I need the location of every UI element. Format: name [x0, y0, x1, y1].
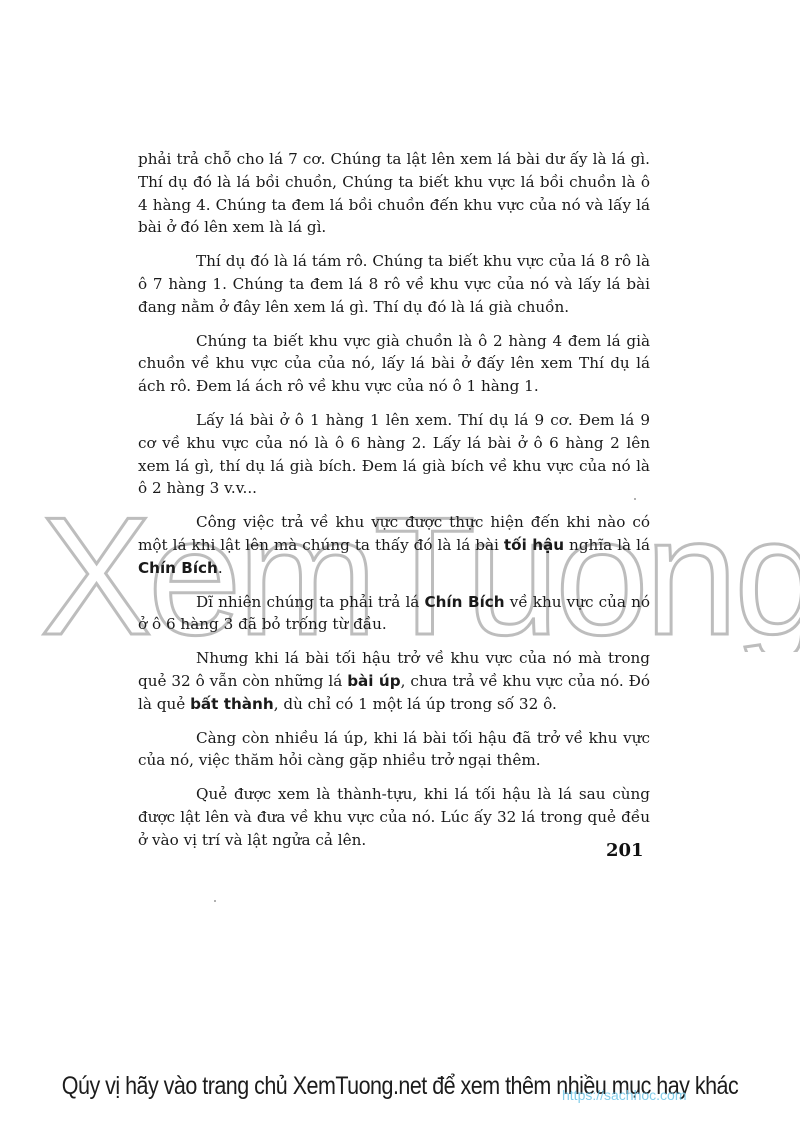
emphasis-term: tối hậu [504, 536, 564, 554]
paragraph-text: , dù chỉ có 1 một lá úp trong số 32 ô. [274, 695, 557, 713]
paragraph-text: nghĩa là lá [564, 536, 650, 554]
scanned-book-page: XemTuong.net phải trả chỗ cho lá 7 cơ. C… [0, 0, 800, 1132]
scan-speck [214, 900, 216, 902]
emphasis-term: bất thành [190, 695, 274, 713]
page-number: 201 [606, 840, 644, 861]
paragraph-text: Dĩ nhiên chúng ta phải trả lá [196, 593, 424, 611]
body-text: phải trả chỗ cho lá 7 cơ. Chúng ta lật l… [138, 148, 650, 863]
emphasis-term: bài úp [347, 672, 400, 690]
emphasis-term: Chín Bích [138, 559, 218, 577]
paragraph-2: Thí dụ đó là lá tám rô. Chúng ta biết kh… [138, 250, 650, 318]
paragraph-5: Công việc trả về khu vực được thực hiện … [138, 511, 650, 579]
overlay-url-watermark: https://sachhoc.com [562, 1087, 687, 1103]
paragraph-8: Càng còn nhiều lá úp, khi lá bài tối hậu… [138, 727, 650, 773]
paragraph-6: Dĩ nhiên chúng ta phải trả lá Chín Bích … [138, 591, 650, 637]
scan-speck [382, 344, 384, 346]
paragraph-text: . [218, 559, 223, 577]
paragraph-4: Lấy lá bài ở ô 1 hàng 1 lên xem. Thí dụ … [138, 409, 650, 500]
paragraph-text: Càng còn nhiều lá úp, khi lá bài tối hậu… [138, 729, 650, 770]
paragraph-7: Nhưng khi lá bài tối hậu trở về khu vực … [138, 647, 650, 715]
paragraph-text: Thí dụ đó là lá tám rô. Chúng ta biết kh… [138, 252, 650, 316]
emphasis-term: Chín Bích [424, 593, 504, 611]
paragraph-3: Chúng ta biết khu vực già chuồn là ô 2 h… [138, 330, 650, 398]
paragraph-1: phải trả chỗ cho lá 7 cơ. Chúng ta lật l… [138, 148, 650, 239]
paragraph-text: Quẻ được xem là thành-tựu, khi lá tối hậ… [138, 785, 650, 849]
scan-speck [634, 498, 636, 500]
paragraph-text: phải trả chỗ cho lá 7 cơ. Chúng ta lật l… [138, 150, 650, 236]
paragraph-text: Lấy lá bài ở ô 1 hàng 1 lên xem. Thí dụ … [138, 411, 650, 497]
paragraph-9: Quẻ được xem là thành-tựu, khi lá tối hậ… [138, 783, 650, 851]
paragraph-text: Chúng ta biết khu vực già chuồn là ô 2 h… [138, 332, 650, 396]
